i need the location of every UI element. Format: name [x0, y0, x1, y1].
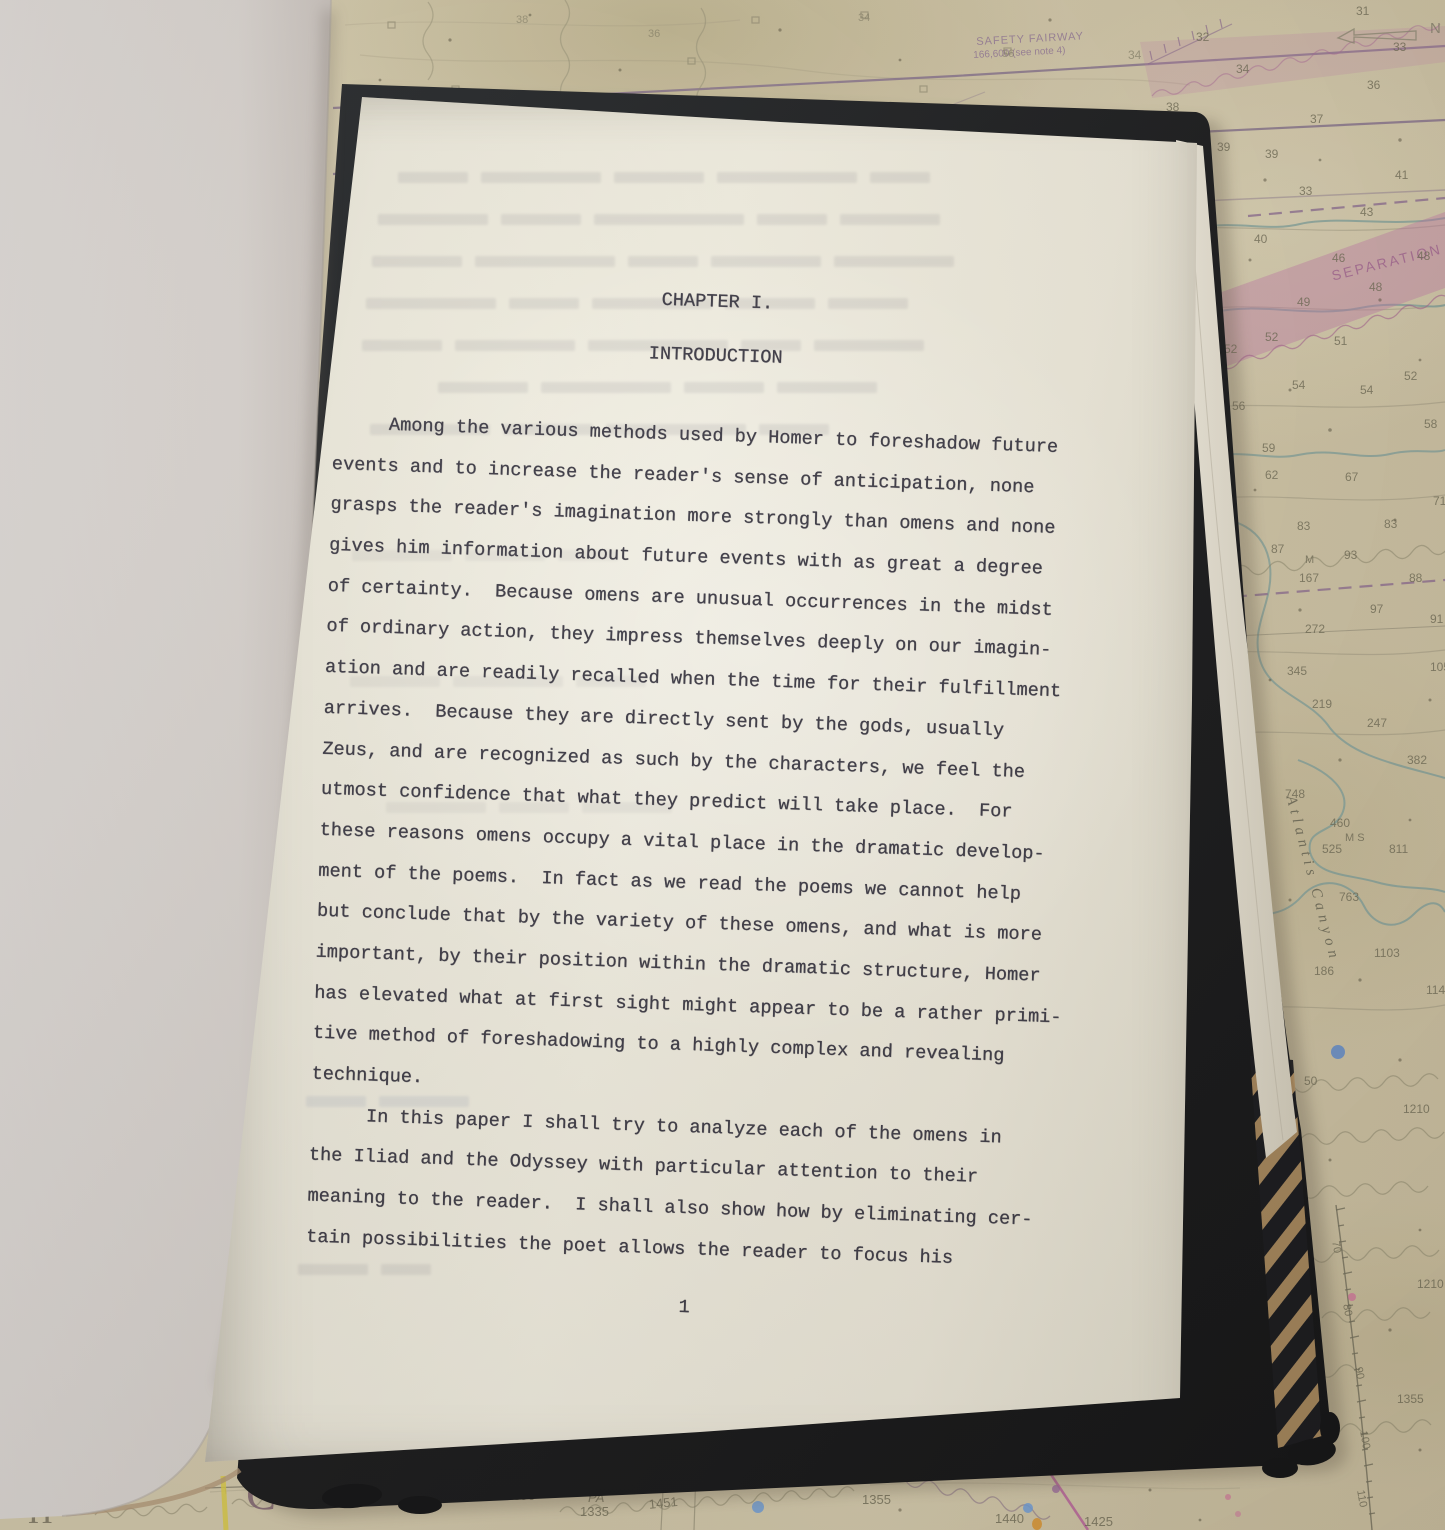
typed-text-block: CHAPTER I. INTRODUCTION Among the variou…: [304, 278, 1098, 1333]
bleedthrough-line: [372, 256, 954, 267]
section-heading: INTRODUCTION: [335, 332, 1095, 381]
chapter-heading: CHAPTER I.: [337, 278, 1097, 327]
page-number: 1: [304, 1284, 1064, 1333]
paragraph-1: Among the various methods used by Homer …: [311, 404, 1094, 1121]
bleedthrough-line: [378, 214, 940, 225]
manuscript-page: CHAPTER I. INTRODUCTION Among the variou…: [190, 88, 1210, 1483]
paragraph-2: In this paper I shall try to analyze eac…: [305, 1095, 1070, 1283]
bleedthrough-line: [398, 172, 930, 183]
photo-of-book-on-nautical-chart: NSAFETY FAIRWAY166,600 (see note 4)SEPAR…: [0, 0, 1445, 1530]
